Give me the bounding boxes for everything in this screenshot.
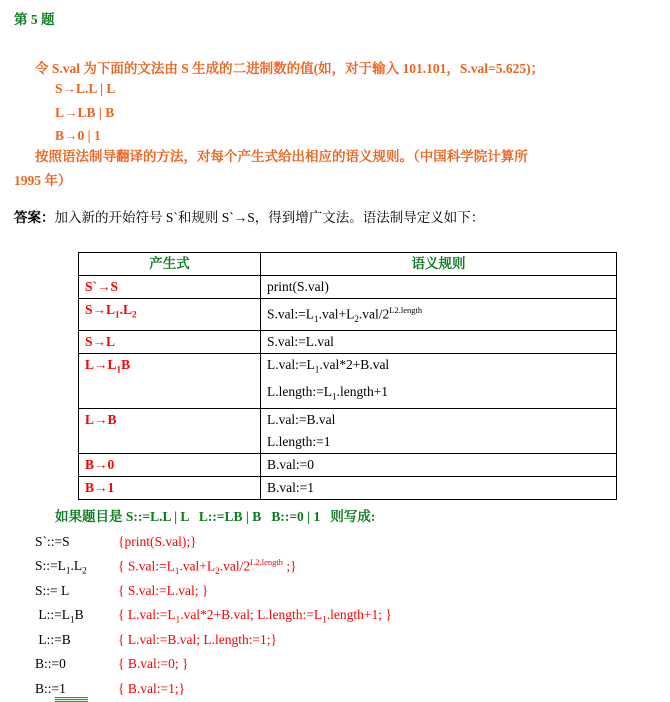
problem-intro: 令 S.val 为下面的文法由 S 生成的二进制数的值(如，对于输入 101.1… bbox=[35, 57, 544, 77]
rewrite-action: { L.val:=B.val; L.length:=1;} bbox=[118, 632, 277, 648]
semantic-rule-cell: L.val:=L1.val*2+B.valL.length:=L1.length… bbox=[261, 354, 617, 408]
semantic-rule-cell: S.val:=L.val bbox=[261, 331, 617, 354]
rewrite-line: S::= L{ S.val:=L.val; } bbox=[35, 579, 392, 603]
production-cell: B→0 bbox=[79, 453, 261, 476]
rewrite-production: S`::=S bbox=[35, 534, 118, 550]
semantic-rule-line: L.val:=B.val bbox=[267, 409, 610, 431]
semantic-rule-cell: B.val:=1 bbox=[261, 476, 617, 499]
rewrite-heading: 如果题目是 S::=L.L | L L::=LB | B B::=0 | 1 则… bbox=[55, 505, 375, 525]
rewrite-action: { B.val:=0; } bbox=[118, 656, 188, 672]
rewrite-action: { S.val:=L.val; } bbox=[118, 583, 208, 599]
production-cell: B→1 bbox=[79, 476, 261, 499]
table-row: B→0B.val:=0 bbox=[79, 453, 617, 476]
problem-instruction-line1: 按照语法制导翻译的方法，对每个产生式给出相应的语义规则。（中国科学院计算所 bbox=[35, 145, 528, 165]
production-cell: L→L1B bbox=[79, 354, 261, 408]
answer-label: 答案： bbox=[14, 210, 55, 225]
rewrite-action: { S.val:=L1.val+L2.val/2L2.length ;} bbox=[118, 557, 297, 576]
semantic-rule-cell: B.val:=0 bbox=[261, 453, 617, 476]
problem-title: 第 5 题 bbox=[14, 8, 55, 28]
semantic-rule-line: S.val:=L.val bbox=[267, 331, 610, 353]
answer-line: 答案：加入新的开始符号 S`和规则 S`→S，得到增广文法。语法制导定义如下： bbox=[14, 206, 484, 226]
table-header-row: 产生式 语义规则 bbox=[79, 253, 617, 276]
rewrite-line: B::=1{ B.val:=1;} bbox=[35, 676, 392, 700]
grammar-line-s: S→L.L | L bbox=[55, 81, 115, 97]
rewrite-action: { L.val:=L1.val*2+B.val; L.length:=L1.le… bbox=[118, 607, 392, 625]
header-semantic-rule: 语义规则 bbox=[261, 253, 617, 276]
rewrite-action: { B.val:=1;} bbox=[118, 681, 185, 697]
sdd-table: 产生式 语义规则 S`→Sprint(S.val)S→L1.L2S.val:=L… bbox=[78, 252, 617, 500]
production-cell: S`→S bbox=[79, 276, 261, 299]
semantic-rule-line: print(S.val) bbox=[267, 276, 610, 298]
table-row: S→LS.val:=L.val bbox=[79, 331, 617, 354]
production-cell: S→L1.L2 bbox=[79, 299, 261, 331]
grammar-line-b: B→0 | 1 bbox=[55, 128, 101, 144]
problem-instruction-line2: 1995 年） bbox=[14, 169, 71, 189]
rewrite-line: L::=B{ L.val:=B.val; L.length:=1;} bbox=[35, 628, 392, 652]
semantic-rule-line: B.val:=0 bbox=[267, 454, 610, 476]
production-cell: L→B bbox=[79, 408, 261, 453]
table-row: L→L1BL.val:=L1.val*2+B.valL.length:=L1.l… bbox=[79, 354, 617, 408]
rewrite-line: S`::=S{print(S.val);} bbox=[35, 530, 392, 554]
rewrite-production: L::=B bbox=[35, 632, 118, 648]
table-row: S→L1.L2S.val:=L1.val+L2.val/2L2.length bbox=[79, 299, 617, 331]
document-page: { "colors":{"green":"#0c7a21","orange":"… bbox=[0, 0, 670, 702]
rewrite-production: B::=1 bbox=[35, 681, 118, 697]
production-cell: S→L bbox=[79, 331, 261, 354]
header-production: 产生式 bbox=[79, 253, 261, 276]
table-row: B→1B.val:=1 bbox=[79, 476, 617, 499]
grammar-line-l: L→LB | B bbox=[55, 105, 114, 121]
semantic-rule-line: B.val:=1 bbox=[267, 477, 610, 499]
next-page-fragment bbox=[55, 697, 88, 702]
rewrite-line: B::=0{ B.val:=0; } bbox=[35, 652, 392, 676]
rewrite-production: S::=L1.L2 bbox=[35, 558, 118, 576]
semantic-rule-line: L.length:=L1.length+1 bbox=[267, 381, 610, 408]
rewrite-production: S::= L bbox=[35, 583, 118, 599]
semantic-rule-cell: print(S.val) bbox=[261, 276, 617, 299]
semantic-rule-cell: S.val:=L1.val+L2.val/2L2.length bbox=[261, 299, 617, 331]
semantic-rule-cell: L.val:=B.valL.length:=1 bbox=[261, 408, 617, 453]
rewrite-action: {print(S.val);} bbox=[118, 534, 197, 550]
rewrite-line: S::=L1.L2{ S.val:=L1.val+L2.val/2L2.leng… bbox=[35, 554, 392, 578]
answer-text: 加入新的开始符号 S`和规则 S`→S，得到增广文法。语法制导定义如下： bbox=[55, 210, 485, 225]
semantic-rule-line: S.val:=L1.val+L2.val/2L2.length bbox=[267, 299, 610, 330]
rewrite-production: L::=L1B bbox=[35, 607, 118, 625]
table-row: L→BL.val:=B.valL.length:=1 bbox=[79, 408, 617, 453]
table-row: S`→Sprint(S.val) bbox=[79, 276, 617, 299]
rewrite-line: L::=L1B{ L.val:=L1.val*2+B.val; L.length… bbox=[35, 603, 392, 627]
semantic-rule-line: L.length:=1 bbox=[267, 431, 610, 453]
semantic-rule-line: L.val:=L1.val*2+B.val bbox=[267, 354, 610, 381]
rewrite-lines: S`::=S{print(S.val);}S::=L1.L2{ S.val:=L… bbox=[35, 530, 392, 701]
rewrite-production: B::=0 bbox=[35, 656, 118, 672]
